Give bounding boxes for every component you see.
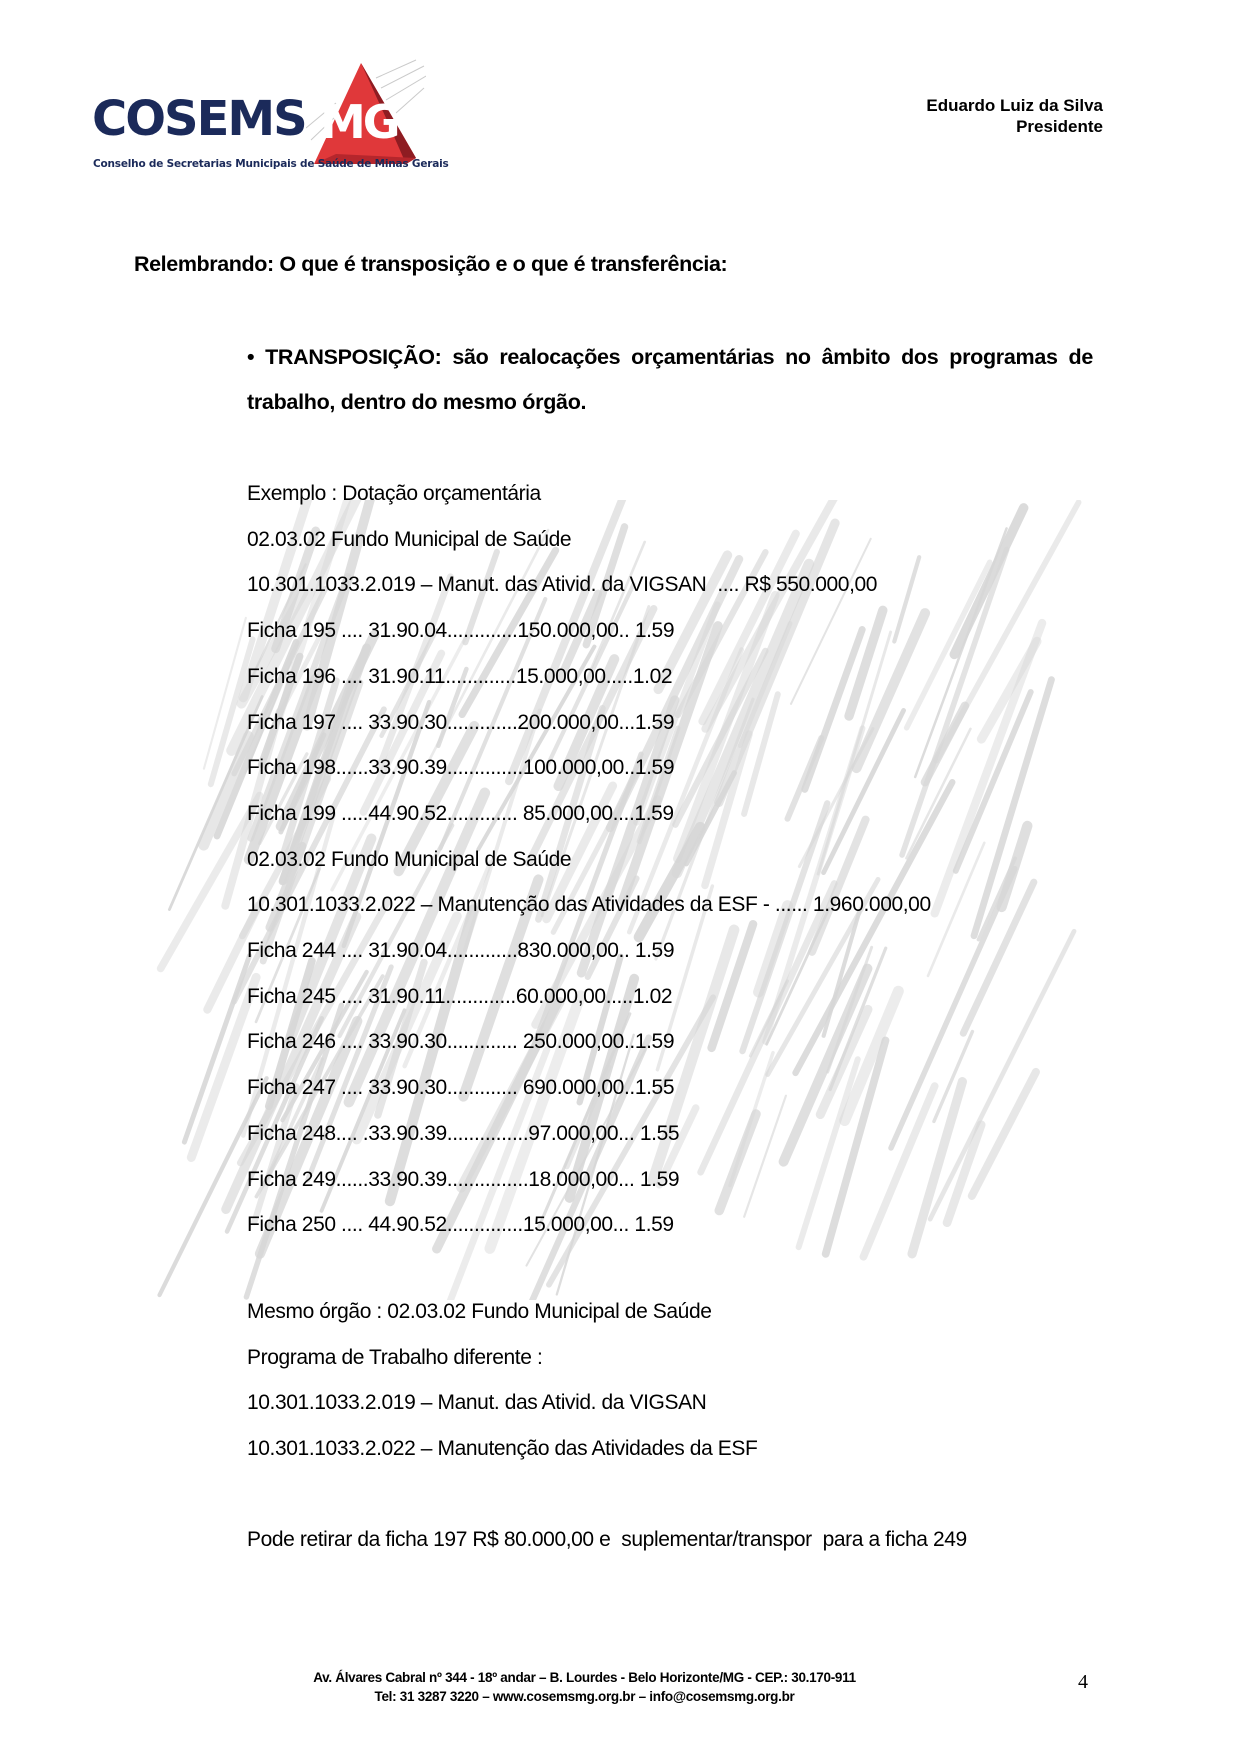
definition-text: TRANSPOSIÇÃO: são realocações orçamentár…: [247, 345, 1093, 414]
section-heading: Relembrando: O que é transposição e o qu…: [134, 252, 727, 277]
text-line: Ficha 197 .... 33.90.30.............200.…: [247, 711, 674, 735]
conclusion-text: Pode retirar da ficha 197 R$ 80.000,00 e…: [247, 1528, 967, 1552]
signatory-block: Eduardo Luiz da Silva Presidente: [926, 95, 1103, 137]
signatory-name: Eduardo Luiz da Silva: [926, 95, 1103, 116]
transposition-definition: • TRANSPOSIÇÃO: são realocações orçament…: [247, 335, 1093, 425]
logo-state-text: MG: [320, 95, 398, 149]
text-line: Exemplo : Dotação orçamentária: [247, 482, 541, 506]
text-line: 10.301.1033.2.019 – Manut. das Ativid. d…: [247, 1391, 706, 1415]
text-line: Ficha 246 .... 33.90.30............. 250…: [247, 1030, 674, 1054]
cosems-mg-logo: COSEMS MG Conselho de Secretarias Munici…: [88, 58, 448, 178]
text-line: 10.301.1033.2.019 – Manut. das Ativid. d…: [247, 573, 877, 597]
text-line: Mesmo órgão : 02.03.02 Fundo Municipal d…: [247, 1300, 712, 1324]
logo-subtitle: Conselho de Secretarias Municipais de Sa…: [93, 158, 449, 170]
logo-brand-text: COSEMS: [92, 91, 306, 147]
text-line: 10.301.1033.2.022 – Manutenção das Ativi…: [247, 1437, 757, 1461]
footer-contact: Tel: 31 3287 3220 – www.cosemsmg.org.br …: [0, 1689, 1205, 1704]
footer-address: Av. Álvares Cabral nº 344 - 18º andar – …: [0, 1670, 1205, 1685]
text-line: Ficha 244 .... 31.90.04.............830.…: [247, 939, 674, 963]
bullet-icon: •: [247, 345, 254, 369]
text-line: Ficha 196 .... 31.90.11.............15.0…: [247, 665, 672, 689]
text-line: Ficha 249......33.90.39...............18…: [247, 1168, 679, 1192]
text-line: Ficha 199 .....44.90.52............. 85.…: [247, 802, 674, 826]
text-line: Ficha 247 .... 33.90.30............. 690…: [247, 1076, 674, 1100]
page-number: 4: [1078, 1671, 1088, 1694]
text-line: 02.03.02 Fundo Municipal de Saúde: [247, 848, 571, 872]
text-line: Ficha 245 .... 31.90.11.............60.0…: [247, 985, 672, 1009]
text-line: Ficha 195 .... 31.90.04.............150.…: [247, 619, 674, 643]
text-line: 10.301.1033.2.022 – Manutenção das Ativi…: [247, 893, 931, 917]
signatory-role: Presidente: [926, 116, 1103, 137]
text-line: Programa de Trabalho diferente :: [247, 1346, 542, 1370]
text-line: Ficha 248.... .33.90.39...............97…: [247, 1122, 679, 1146]
text-line: Ficha 198......33.90.39..............100…: [247, 756, 674, 780]
text-line: 02.03.02 Fundo Municipal de Saúde: [247, 528, 571, 552]
text-line: Ficha 250 .... 44.90.52..............15.…: [247, 1213, 674, 1237]
